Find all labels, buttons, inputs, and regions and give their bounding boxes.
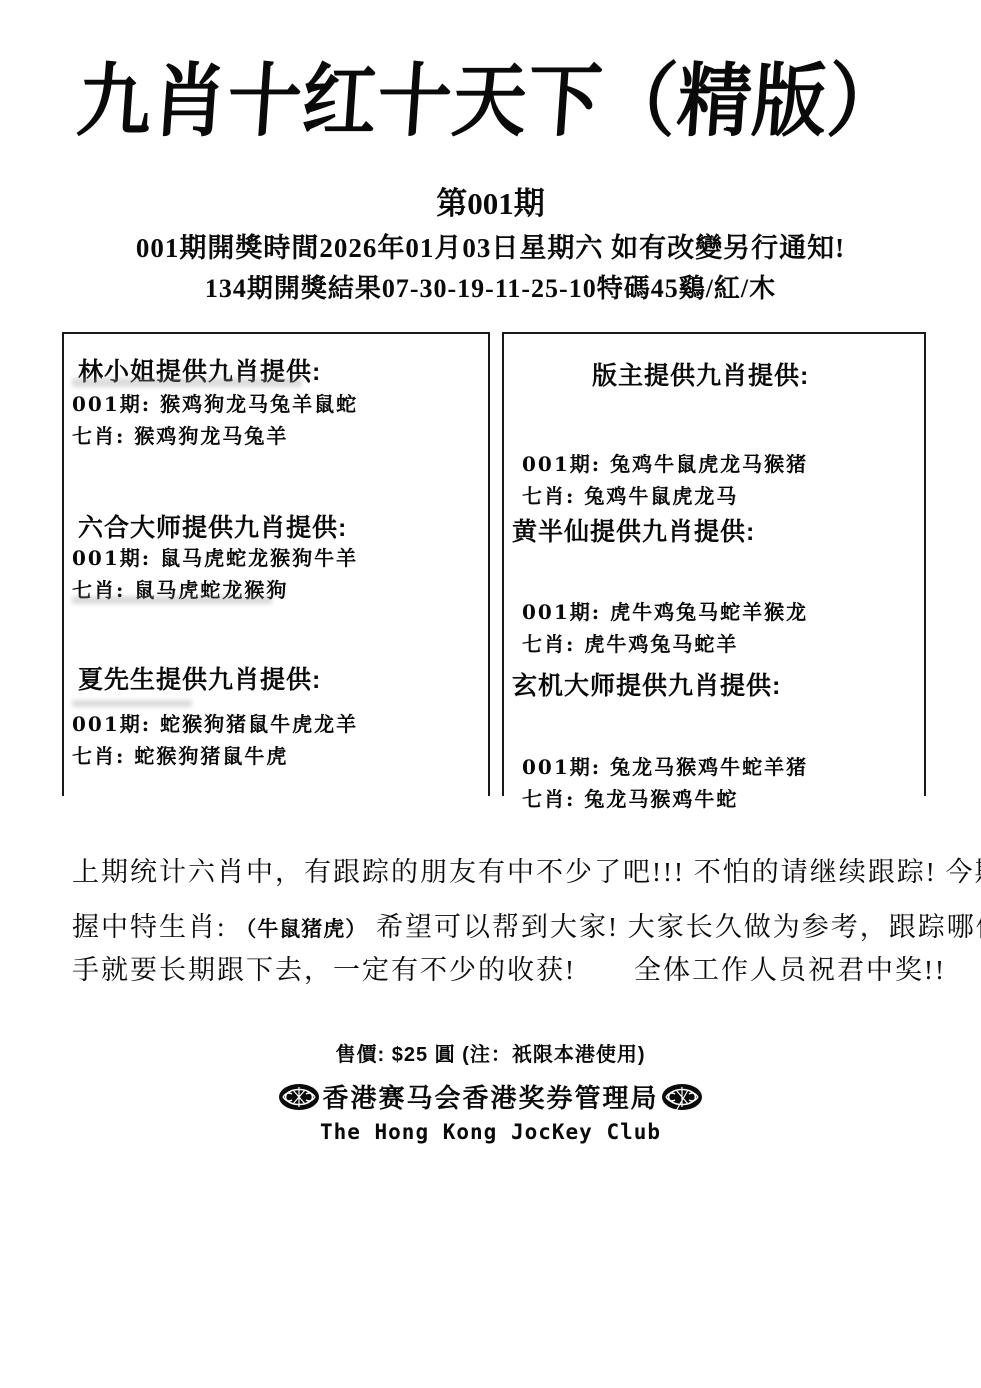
seven-xiao-line: 七肖: 虎牛鸡兔马蛇羊 (522, 628, 738, 657)
seven-xiao-line: 七肖: 兔鸡牛鼠虎龙马 (522, 480, 738, 509)
hkjc-logo-icon (661, 1083, 703, 1111)
nine-xiao-line: 001期: 虎牛鸡兔马蛇羊猴龙 (522, 596, 808, 625)
scan-smudge (72, 596, 272, 604)
nine-xiao-line: 001期: 兔龙马猴鸡牛蛇羊猪 (522, 751, 808, 780)
tipster-header-xia: 夏先生提供九肖提供: (78, 660, 321, 696)
tipster-header-xuanji: 玄机大师提供九肖提供: (512, 666, 781, 702)
commentary-line-2-suffix: 希望可以帮到大家! 大家长久做为参考，跟踪哪位高 (367, 912, 981, 942)
organization-name-english: The Hong Kong JocKey Club (0, 1120, 981, 1144)
nine-xiao-line: 001期: 兔鸡牛鼠虎龙马猴猪 (522, 448, 808, 477)
predictions-left-box: 林小姐提供九肖提供: 001期: 猴鸡狗龙马兔羊鼠蛇 七肖: 猴鸡狗龙马兔羊 六… (62, 332, 490, 796)
tipsheet-page: 九肖十红十天下（精版） 第001期 001期開獎時間2026年01月03日星期六… (0, 0, 981, 1388)
seven-xiao-line: 七肖: 兔龙马猴鸡牛蛇 (522, 783, 738, 812)
commentary-line-1: 上期统计六肖中，有跟踪的朋友有中不少了吧!!! 不怕的请继续跟踪! 今期综合比较… (72, 850, 910, 889)
organization-row: 香港赛马会香港奖券管理局 (0, 1078, 981, 1115)
tipster-header-liuhe: 六合大师提供九肖提供: (78, 508, 347, 544)
organization-name-chinese: 香港赛马会香港奖券管理局 (322, 1078, 658, 1115)
price-note: 售價: $25 圓 (注：祇限本港使用) (0, 1038, 981, 1067)
issue-number: 第001期 (0, 178, 981, 223)
nine-xiao-line: 001期: 鼠马虎蛇龙猴狗牛羊 (72, 542, 358, 571)
commentary-line-2-prefix: 握中特生肖: (72, 912, 235, 942)
tipster-header-banzhu: 版主提供九肖提供: (592, 356, 809, 392)
commentary-line-3: 手就要长期跟下去，一定有不少的收获! 全体工作人员祝君中奖!! (72, 948, 910, 987)
special-zodiac-pick: （牛鼠猪虎） (235, 917, 367, 941)
seven-xiao-line: 七肖: 猴鸡狗龙马兔羊 (72, 420, 288, 449)
commentary-line-2: 握中特生肖: （牛鼠猪虎） 希望可以帮到大家! 大家长久做为参考，跟踪哪位高 (72, 905, 910, 944)
page-title: 九肖十红十天下（精版） (0, 38, 981, 152)
nine-xiao-line: 001期: 蛇猴狗猪鼠牛虎龙羊 (72, 708, 358, 737)
seven-xiao-line: 七肖: 蛇猴狗猪鼠牛虎 (72, 740, 288, 769)
nine-xiao-line: 001期: 猴鸡狗龙马兔羊鼠蛇 (72, 388, 358, 417)
tipster-header-huangbanxian: 黄半仙提供九肖提供: (512, 512, 755, 548)
scan-smudge (72, 378, 302, 387)
previous-draw-result: 134期開獎結果07-30-19-11-25-10特碼45鷄/紅/木 (0, 268, 981, 305)
scan-smudge (72, 700, 192, 707)
predictions-right-box: 版主提供九肖提供: 001期: 兔鸡牛鼠虎龙马猴猪 七肖: 兔鸡牛鼠虎龙马 黄半… (502, 332, 926, 796)
hkjc-logo-icon (278, 1083, 320, 1111)
draw-time-notice: 001期開獎時間2026年01月03日星期六 如有改變另行通知! (0, 226, 981, 265)
